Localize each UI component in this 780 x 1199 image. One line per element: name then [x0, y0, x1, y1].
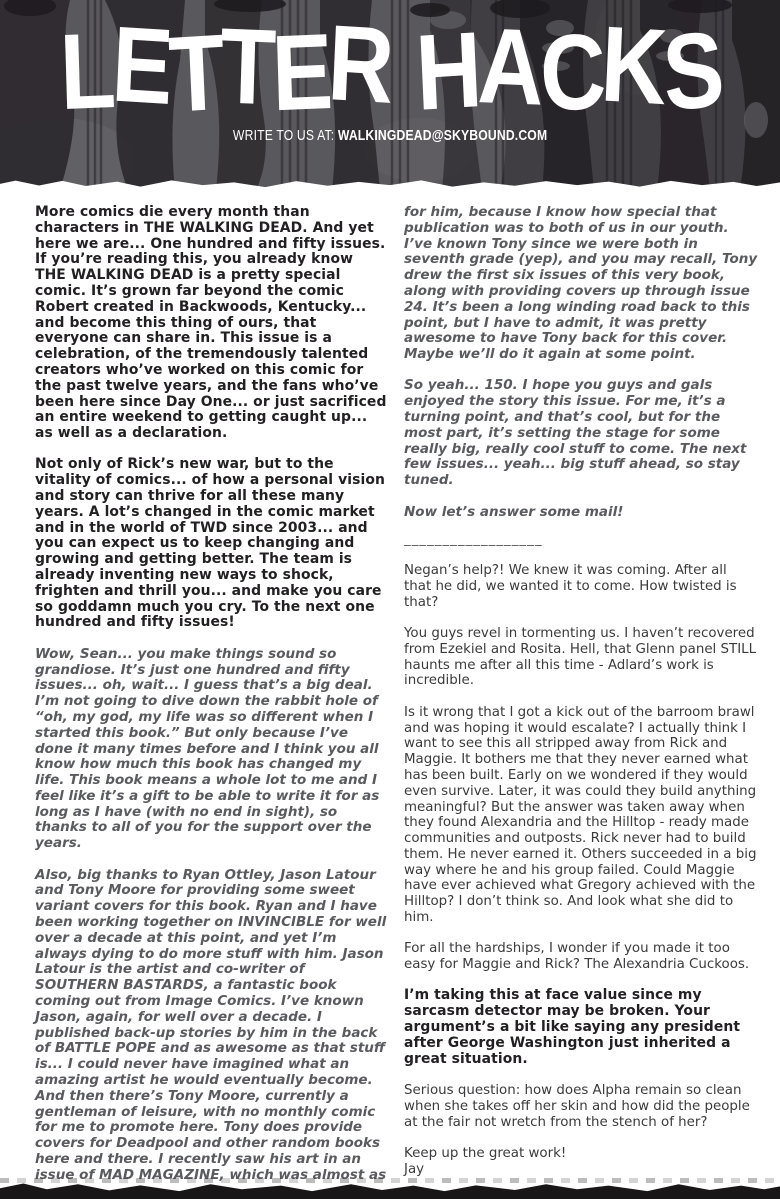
title-letter: R — [326, 9, 392, 120]
title-letter: E — [110, 11, 171, 122]
title-letter: H — [414, 17, 480, 128]
mail-intro: Now let’s answer some mail! — [404, 505, 758, 521]
write-to-us-line: WRITE TO US AT: WALKINGDEAD@SKYBOUND.COM — [233, 126, 547, 146]
letter-paragraph-1: Negan’s help?! We knew it was coming. Af… — [404, 563, 758, 610]
title-letter: K — [599, 11, 665, 122]
letter-paragraph-4: For all the hardships, I wonder if you m… — [404, 941, 758, 973]
kirkman-response-1: Wow, Sean... you make things sound so gr… — [35, 647, 387, 852]
letter-paragraph-3: Is it wrong that I got a kick out of the… — [404, 705, 758, 926]
letters-body: More comics die every month than charact… — [0, 190, 780, 1182]
write-to-us-label: WRITE TO US AT: — [233, 128, 334, 144]
footer-smudge — [0, 1178, 780, 1183]
section-divider: __________________ — [404, 532, 758, 548]
kirkman-response-2-continued: for him, because I know how special that… — [404, 205, 758, 363]
kirkman-response-3: So yeah... 150. I hope you guys and gals… — [404, 378, 758, 489]
kirkman-response-2: Also, big thanks to Ryan Ottley, Jason L… — [35, 868, 387, 1182]
title-letter: S — [660, 16, 723, 128]
title-letter: A — [476, 12, 541, 122]
letters-page: LETTERHACKS WRITE TO US AT: WALKINGDEAD@… — [0, 0, 780, 1199]
title-letter: C — [538, 18, 603, 128]
bottom-bar — [0, 1181, 780, 1199]
title-letter: T — [219, 13, 274, 122]
title-letter: E — [270, 18, 330, 128]
letter-signoff: Keep up the great work! Jay — [404, 1146, 758, 1178]
title-letter: T — [166, 19, 222, 129]
title-letter: L — [59, 17, 114, 126]
header-banner: LETTERHACKS WRITE TO US AT: WALKINGDEAD@… — [0, 0, 780, 190]
email-address: WALKINGDEAD@SKYBOUND.COM — [338, 128, 547, 144]
editor-statement-1: More comics die every month than charact… — [35, 205, 387, 442]
editor-reply: I’m taking this at face value since my s… — [404, 988, 758, 1067]
left-column: More comics die every month than charact… — [35, 205, 387, 1182]
letter-paragraph-2: You guys revel in tormenting us. I haven… — [404, 626, 758, 689]
page-title: LETTERHACKS — [0, 16, 780, 123]
right-column: for him, because I know how special that… — [404, 205, 758, 1182]
editor-statement-2: Not only of Rick’s new war, but to the v… — [35, 457, 387, 631]
letter-paragraph-5: Serious question: how does Alpha remain … — [404, 1083, 758, 1130]
